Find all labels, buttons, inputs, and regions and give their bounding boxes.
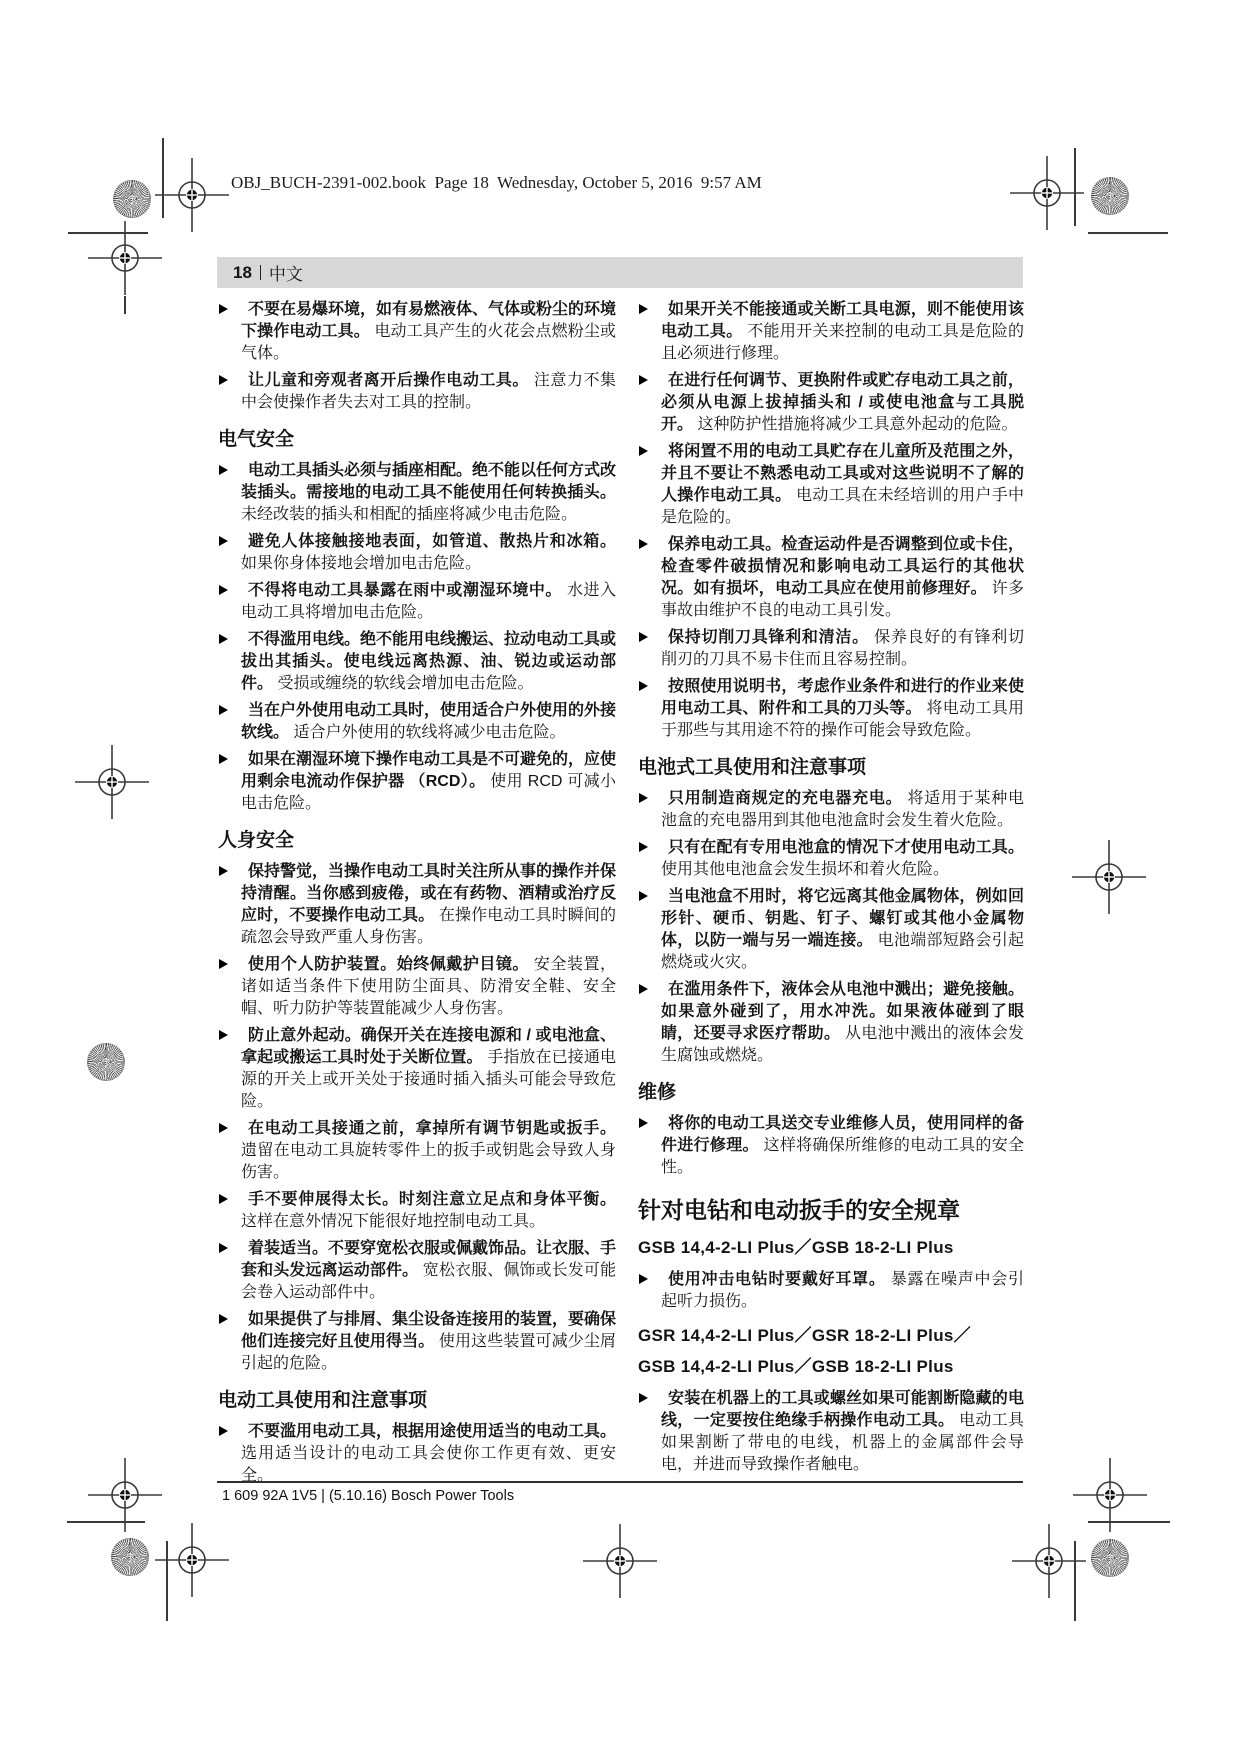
model-line: GSB 14,4-2-LI Plus／GSB 18-2-LI Plus — [638, 1237, 1024, 1259]
bullet-triangle-icon — [219, 1030, 228, 1040]
chapter-title: 针对电钻和电动扳手的安全规章 — [638, 1195, 1024, 1225]
instruction-text: 使用冲击电钻时要戴好耳罩。 暴露在噪声中会引起听力损伤。 — [661, 1269, 1024, 1313]
safety-instruction: 将你的电动工具送交专业维修人员，使用同样的备件进行修理。 这样将确保所维修的电动… — [638, 1113, 1024, 1179]
safety-instruction: 当电池盒不用时，将它远离其他金属物体，例如回形针、硬币、钥匙、钉子、螺钉或其他小… — [638, 886, 1024, 974]
safety-instruction: 如果在潮湿环境下操作电动工具是不可避免的，应使用剩余电流动作保护器 （RCD）。… — [218, 749, 616, 815]
bullet-triangle-icon — [219, 585, 228, 595]
crop-line — [1074, 1541, 1076, 1621]
bullet-triangle-icon — [219, 1314, 228, 1324]
safety-instruction: 安装在机器上的工具或螺丝如果可能割断隐藏的电线，一定要按住绝缘手柄操作电动工具。… — [638, 1388, 1024, 1476]
instruction-text: 电动工具插头必须与插座相配。绝不能以任何方式改装插头。需接地的电动工具不能使用任… — [241, 460, 616, 526]
instruction-text: 当电池盒不用时，将它远离其他金属物体，例如回形针、硬币、钥匙、钉子、螺钉或其他小… — [661, 886, 1024, 974]
instruction-text: 保持切削刀具锋利和清洁。 保养良好的有锋利切削刃的刀具不易卡住而且容易控制。 — [661, 627, 1024, 671]
safety-instruction: 如果提供了与排屑、集尘设备连接用的装置，要确保他们连接完好且使用得当。 使用这些… — [218, 1309, 616, 1375]
instruction-text: 将你的电动工具送交专业维修人员，使用同样的备件进行修理。 这样将确保所维修的电动… — [661, 1113, 1024, 1179]
instruction-text: 只有在配有专用电池盒的情况下才使用电动工具。 使用其他电池盒会发生损坏和着火危险… — [661, 837, 1024, 881]
instruction-text: 保养电动工具。检查运动件是否调整到位或卡住，检查零件破损情况和影响电动工具运行的… — [661, 534, 1024, 622]
model-list: GSR 14,4-2-LI Plus／GSR 18-2-LI Plus／GSB … — [638, 1325, 1024, 1378]
band-divider — [260, 265, 261, 280]
instruction-text: 在进行任何调节、更换附件或贮存电动工具之前，必须从电源上拔掉插头和 / 或使电池… — [661, 370, 1024, 436]
bullet-triangle-icon — [219, 375, 228, 385]
safety-instruction: 电动工具插头必须与插座相配。绝不能以任何方式改装插头。需接地的电动工具不能使用任… — [218, 460, 616, 526]
bullet-triangle-icon — [219, 866, 228, 876]
section-heading: 电池式工具使用和注意事项 — [638, 756, 1024, 780]
safety-instruction: 使用冲击电钻时要戴好耳罩。 暴露在噪声中会引起听力损伤。 — [638, 1269, 1024, 1313]
bullet-triangle-icon — [219, 1426, 228, 1436]
safety-instruction: 不得将电动工具暴露在雨中或潮湿环境中。 水进入电动工具将增加电击危险。 — [218, 580, 616, 624]
safety-instruction: 不要在易爆环境，如有易燃液体、气体或粉尘的环境下操作电动工具。 电动工具产生的火… — [218, 299, 616, 365]
instruction-text: 如果开关不能接通或关断工具电源，则不能使用该电动工具。 不能用开关来控制的电动工… — [661, 299, 1024, 365]
bullet-triangle-icon — [219, 465, 228, 475]
model-line: GSB 14,4-2-LI Plus／GSB 18-2-LI Plus — [638, 1356, 1024, 1378]
safety-instruction: 着装适当。不要穿宽松衣服或佩戴饰品。让衣服、手套和头发远离运动部件。 宽松衣服、… — [218, 1238, 616, 1304]
bullet-triangle-icon — [639, 984, 648, 994]
bullet-triangle-icon — [219, 536, 228, 546]
safety-instruction: 保持切削刀具锋利和清洁。 保养良好的有锋利切削刃的刀具不易卡住而且容易控制。 — [638, 627, 1024, 671]
safety-instruction: 在进行任何调节、更换附件或贮存电动工具之前，必须从电源上拔掉插头和 / 或使电池… — [638, 370, 1024, 436]
model-line: GSR 14,4-2-LI Plus／GSR 18-2-LI Plus／ — [638, 1325, 1024, 1347]
crop-line — [1088, 1521, 1170, 1523]
safety-instruction: 手不要伸展得太长。时刻注意立足点和身体平衡。 这样在意外情况下能很好地控制电动工… — [218, 1189, 616, 1233]
bullet-triangle-icon — [219, 754, 228, 764]
instruction-text: 手不要伸展得太长。时刻注意立足点和身体平衡。 这样在意外情况下能很好地控制电动工… — [241, 1189, 616, 1233]
bullet-triangle-icon — [219, 634, 228, 644]
instruction-text: 防止意外起动。确保开关在连接电源和 / 或电池盒、拿起或搬运工具时处于关断位置。… — [241, 1025, 616, 1113]
bullet-triangle-icon — [639, 632, 648, 642]
bullet-triangle-icon — [639, 539, 648, 549]
bullet-triangle-icon — [219, 1243, 228, 1253]
safety-instruction: 不得滥用电线。绝不能用电线搬运、拉动电动工具或拔出其插头。使电线远离热源、油、锐… — [218, 629, 616, 695]
safety-instruction: 按照使用说明书，考虑作业条件和进行的作业来使用电动工具、附件和工具的刀头等。 将… — [638, 676, 1024, 742]
bullet-triangle-icon — [639, 446, 648, 456]
registration-target-icon — [582, 1523, 658, 1599]
safety-instruction: 如果开关不能接通或关断工具电源，则不能使用该电动工具。 不能用开关来控制的电动工… — [638, 299, 1024, 365]
pinwheel-registration-icon — [113, 180, 151, 218]
instruction-text: 按照使用说明书，考虑作业条件和进行的作业来使用电动工具、附件和工具的刀头等。 将… — [661, 676, 1024, 742]
bullet-triangle-icon — [639, 681, 648, 691]
instruction-text: 当在户外使用电动工具时，使用适合户外使用的外接软线。 适合户外使用的软线将减少电… — [241, 700, 616, 744]
page-number-band: 18 中文 — [217, 257, 1023, 288]
safety-instruction: 将闲置不用的电动工具贮存在儿童所及范围之外，并且不要让不熟悉电动工具或对这些说明… — [638, 441, 1024, 529]
registration-target-icon — [74, 744, 150, 820]
footer-imprint: 1 609 92A 1V5 | (5.10.16) Bosch Power To… — [222, 1488, 514, 1504]
safety-instruction: 让儿童和旁观者离开后操作电动工具。 注意力不集中会使操作者失去对工具的控制。 — [218, 370, 616, 414]
instruction-text: 保持警觉，当操作电动工具时关注所从事的操作并保持清醒。当你感到疲倦，或在有药物、… — [241, 861, 616, 949]
page-number: 18 — [233, 263, 252, 283]
safety-instruction: 在电动工具接通之前，拿掉所有调节钥匙或扳手。 遗留在电动工具旋转零件上的扳手或钥… — [218, 1118, 616, 1184]
safety-instruction: 不要滥用电动工具，根据用途使用适当的电动工具。 选用适当设计的电动工具会使你工作… — [218, 1421, 616, 1487]
crop-line — [1088, 232, 1168, 234]
bullet-triangle-icon — [219, 705, 228, 715]
crop-line — [67, 1521, 145, 1523]
safety-instruction: 当在户外使用电动工具时，使用适合户外使用的外接软线。 适合户外使用的软线将减少电… — [218, 700, 616, 744]
registration-target-icon — [1071, 839, 1147, 915]
footer-rule — [217, 1481, 1023, 1483]
bullet-triangle-icon — [639, 891, 648, 901]
crop-line — [166, 1541, 168, 1621]
instruction-text: 让儿童和旁观者离开后操作电动工具。 注意力不集中会使操作者失去对工具的控制。 — [241, 370, 616, 414]
safety-instruction: 只有在配有专用电池盒的情况下才使用电动工具。 使用其他电池盒会发生损坏和着火危险… — [638, 837, 1024, 881]
instruction-text: 只用制造商规定的充电器充电。 将适用于某种电池盒的充电器用到其他电池盒时会发生着… — [661, 788, 1024, 832]
section-heading: 电气安全 — [218, 428, 616, 452]
pinwheel-registration-icon — [1091, 177, 1129, 215]
instruction-text: 如果提供了与排屑、集尘设备连接用的装置，要确保他们连接完好且使用得当。 使用这些… — [241, 1309, 616, 1375]
registration-target-icon — [154, 157, 230, 233]
instruction-text: 使用个人防护装置。始终佩戴护目镜。 安全装置，诸如适当条件下使用防尘面具、防滑安… — [241, 954, 616, 1020]
pinwheel-registration-icon — [1091, 1539, 1129, 1577]
bullet-triangle-icon — [219, 1194, 228, 1204]
instruction-text: 将闲置不用的电动工具贮存在儿童所及范围之外，并且不要让不熟悉电动工具或对这些说明… — [661, 441, 1024, 529]
safety-instruction: 防止意外起动。确保开关在连接电源和 / 或电池盒、拿起或搬运工具时处于关断位置。… — [218, 1025, 616, 1113]
pinwheel-registration-icon — [111, 1538, 149, 1576]
bullet-triangle-icon — [639, 1393, 648, 1403]
bullet-triangle-icon — [639, 1274, 648, 1284]
crop-line — [68, 232, 148, 234]
model-list: GSB 14,4-2-LI Plus／GSB 18-2-LI Plus — [638, 1237, 1024, 1259]
pinwheel-registration-icon — [87, 1043, 125, 1081]
bullet-triangle-icon — [639, 304, 648, 314]
bullet-triangle-icon — [639, 1118, 648, 1128]
instruction-text: 如果在潮湿环境下操作电动工具是不可避免的，应使用剩余电流动作保护器 （RCD）。… — [241, 749, 616, 815]
crop-line — [1074, 148, 1076, 226]
bullet-triangle-icon — [639, 842, 648, 852]
instruction-text: 避免人体接触接地表面，如管道、散热片和冰箱。 如果你身体接地会增加电击危险。 — [241, 531, 616, 575]
instruction-text: 不得将电动工具暴露在雨中或潮湿环境中。 水进入电动工具将增加电击危险。 — [241, 580, 616, 624]
safety-instruction: 使用个人防护装置。始终佩戴护目镜。 安全装置，诸如适当条件下使用防尘面具、防滑安… — [218, 954, 616, 1020]
safety-instruction: 保养电动工具。检查运动件是否调整到位或卡住，检查零件破损情况和影响电动工具运行的… — [638, 534, 1024, 622]
left-column: 不要在易爆环境，如有易燃液体、气体或粉尘的环境下操作电动工具。 电动工具产生的火… — [218, 299, 616, 1492]
safety-instruction: 在滥用条件下，液体会从电池中溅出；避免接触。如果意外碰到了，用水冲洗。如果液体碰… — [638, 979, 1024, 1067]
bullet-triangle-icon — [219, 304, 228, 314]
instruction-text: 不要在易爆环境，如有易燃液体、气体或粉尘的环境下操作电动工具。 电动工具产生的火… — [241, 299, 616, 365]
instruction-text: 在滥用条件下，液体会从电池中溅出；避免接触。如果意外碰到了，用水冲洗。如果液体碰… — [661, 979, 1024, 1067]
instruction-text: 不得滥用电线。绝不能用电线搬运、拉动电动工具或拔出其插头。使电线远离热源、油、锐… — [241, 629, 616, 695]
section-heading: 维修 — [638, 1081, 1024, 1105]
bullet-triangle-icon — [219, 959, 228, 969]
instruction-text: 着装适当。不要穿宽松衣服或佩戴饰品。让衣服、手套和头发远离运动部件。 宽松衣服、… — [241, 1238, 616, 1304]
bullet-triangle-icon — [639, 793, 648, 803]
crop-line — [162, 138, 164, 218]
instruction-text: 不要滥用电动工具，根据用途使用适当的电动工具。 选用适当设计的电动工具会使你工作… — [241, 1421, 616, 1487]
bullet-triangle-icon — [219, 1123, 228, 1133]
safety-instruction: 只用制造商规定的充电器充电。 将适用于某种电池盒的充电器用到其他电池盒时会发生着… — [638, 788, 1024, 832]
manual-page: OBJ_BUCH-2391-002.book Page 18 Wednesday… — [0, 0, 1241, 1754]
right-column: 如果开关不能接通或关断工具电源，则不能使用该电动工具。 不能用开关来控制的电动工… — [638, 299, 1024, 1481]
safety-instruction: 避免人体接触接地表面，如管道、散热片和冰箱。 如果你身体接地会增加电击危险。 — [218, 531, 616, 575]
section-heading: 人身安全 — [218, 829, 616, 853]
bullet-triangle-icon — [639, 375, 648, 385]
instruction-text: 在电动工具接通之前，拿掉所有调节钥匙或扳手。 遗留在电动工具旋转零件上的扳手或钥… — [241, 1118, 616, 1184]
instruction-text: 安装在机器上的工具或螺丝如果可能割断隐藏的电线，一定要按住绝缘手柄操作电动工具。… — [661, 1388, 1024, 1476]
crop-line — [124, 296, 126, 314]
page-language: 中文 — [269, 260, 303, 285]
safety-instruction: 保持警觉，当操作电动工具时关注所从事的操作并保持清醒。当你感到疲倦，或在有药物、… — [218, 861, 616, 949]
print-job-header: OBJ_BUCH-2391-002.book Page 18 Wednesday… — [231, 173, 762, 193]
section-heading: 电动工具使用和注意事项 — [218, 1389, 616, 1413]
